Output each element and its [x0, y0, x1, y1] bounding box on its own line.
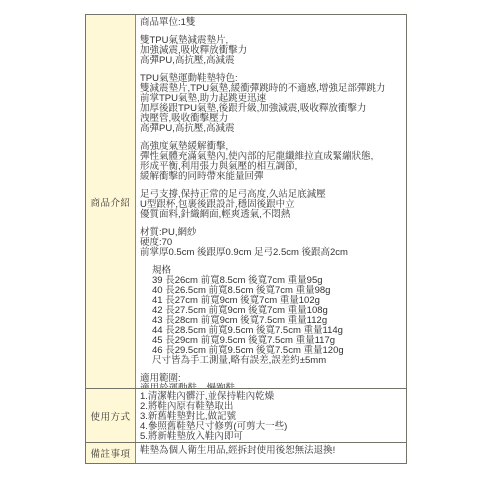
air-cushion-detail-text: 高強度氣墊緩解衝擊, 彈性氣體充滿氣墊內,使內部的尼龍纖維拉直成緊繃狀態, 形成…	[140, 142, 402, 182]
row-content-usage: 1.清潔鞋內髒汙,並保持鞋內乾燥 2.將鞋內原有鞋墊取出 3.新舊鞋墊對比,做記…	[136, 389, 406, 442]
size-spec-list: 規格 39 長26cm 前寬8.5cm 後寬7cm 重量95g 40 長26.5…	[140, 266, 402, 366]
row-usage: 使用方式 1.清潔鞋內髒汙,並保持鞋內乾燥 2.將鞋內原有鞋墊取出 3.新舊鞋墊…	[86, 389, 406, 443]
row-label-product-intro: 商品介紹	[86, 15, 136, 388]
product-unit-text: 商品單位:1雙	[140, 18, 402, 28]
row-content-notes: 鞋墊為個人衛生用品,經拆封使用後恕無法退換!	[136, 443, 406, 463]
product-info-table: 商品介紹 商品單位:1雙 雙TPU氣墊減震墊片, 加強減震,吸收釋放衝擊力 高彈…	[85, 14, 407, 464]
row-label-usage: 使用方式	[86, 389, 136, 442]
insole-features-text: TPU氣墊運動鞋墊特色: 雙減震墊片,TPU氣墊,緩衝彈跳時的不適感,增強足部彈…	[140, 74, 402, 134]
usage-steps-text: 1.清潔鞋內髒汙,並保持鞋內乾燥 2.將鞋內原有鞋墊取出 3.新舊鞋墊對比,做記…	[140, 392, 402, 442]
support-material-text: 足弓支撐,保持正常的足弓高度,久站足底減壓 U型跟杯,包裹後跟設計,穩固後跟中立…	[140, 190, 402, 220]
row-label-notes: 備註事項	[86, 443, 136, 463]
material-hardness-text: 材質:PU,網紗 硬度:70 前掌厚0.5cm 後跟厚0.9cm 足弓2.5cm…	[140, 228, 402, 258]
applicable-range-text: 適用範圍: 適用於運動鞋、慢跑鞋	[140, 374, 402, 388]
row-notes: 備註事項 鞋墊為個人衛生用品,經拆封使用後恕無法退換!	[86, 443, 406, 463]
notes-text: 鞋墊為個人衛生用品,經拆封使用後恕無法退換!	[140, 446, 402, 456]
cushion-summary-text: 雙TPU氣墊減震墊片, 加強減震,吸收釋放衝擊力 高彈PU,高抗壓,高減震	[140, 36, 402, 66]
row-product-intro: 商品介紹 商品單位:1雙 雙TPU氣墊減震墊片, 加強減震,吸收釋放衝擊力 高彈…	[86, 15, 406, 389]
row-content-product-intro: 商品單位:1雙 雙TPU氣墊減震墊片, 加強減震,吸收釋放衝擊力 高彈PU,高抗…	[136, 15, 406, 388]
